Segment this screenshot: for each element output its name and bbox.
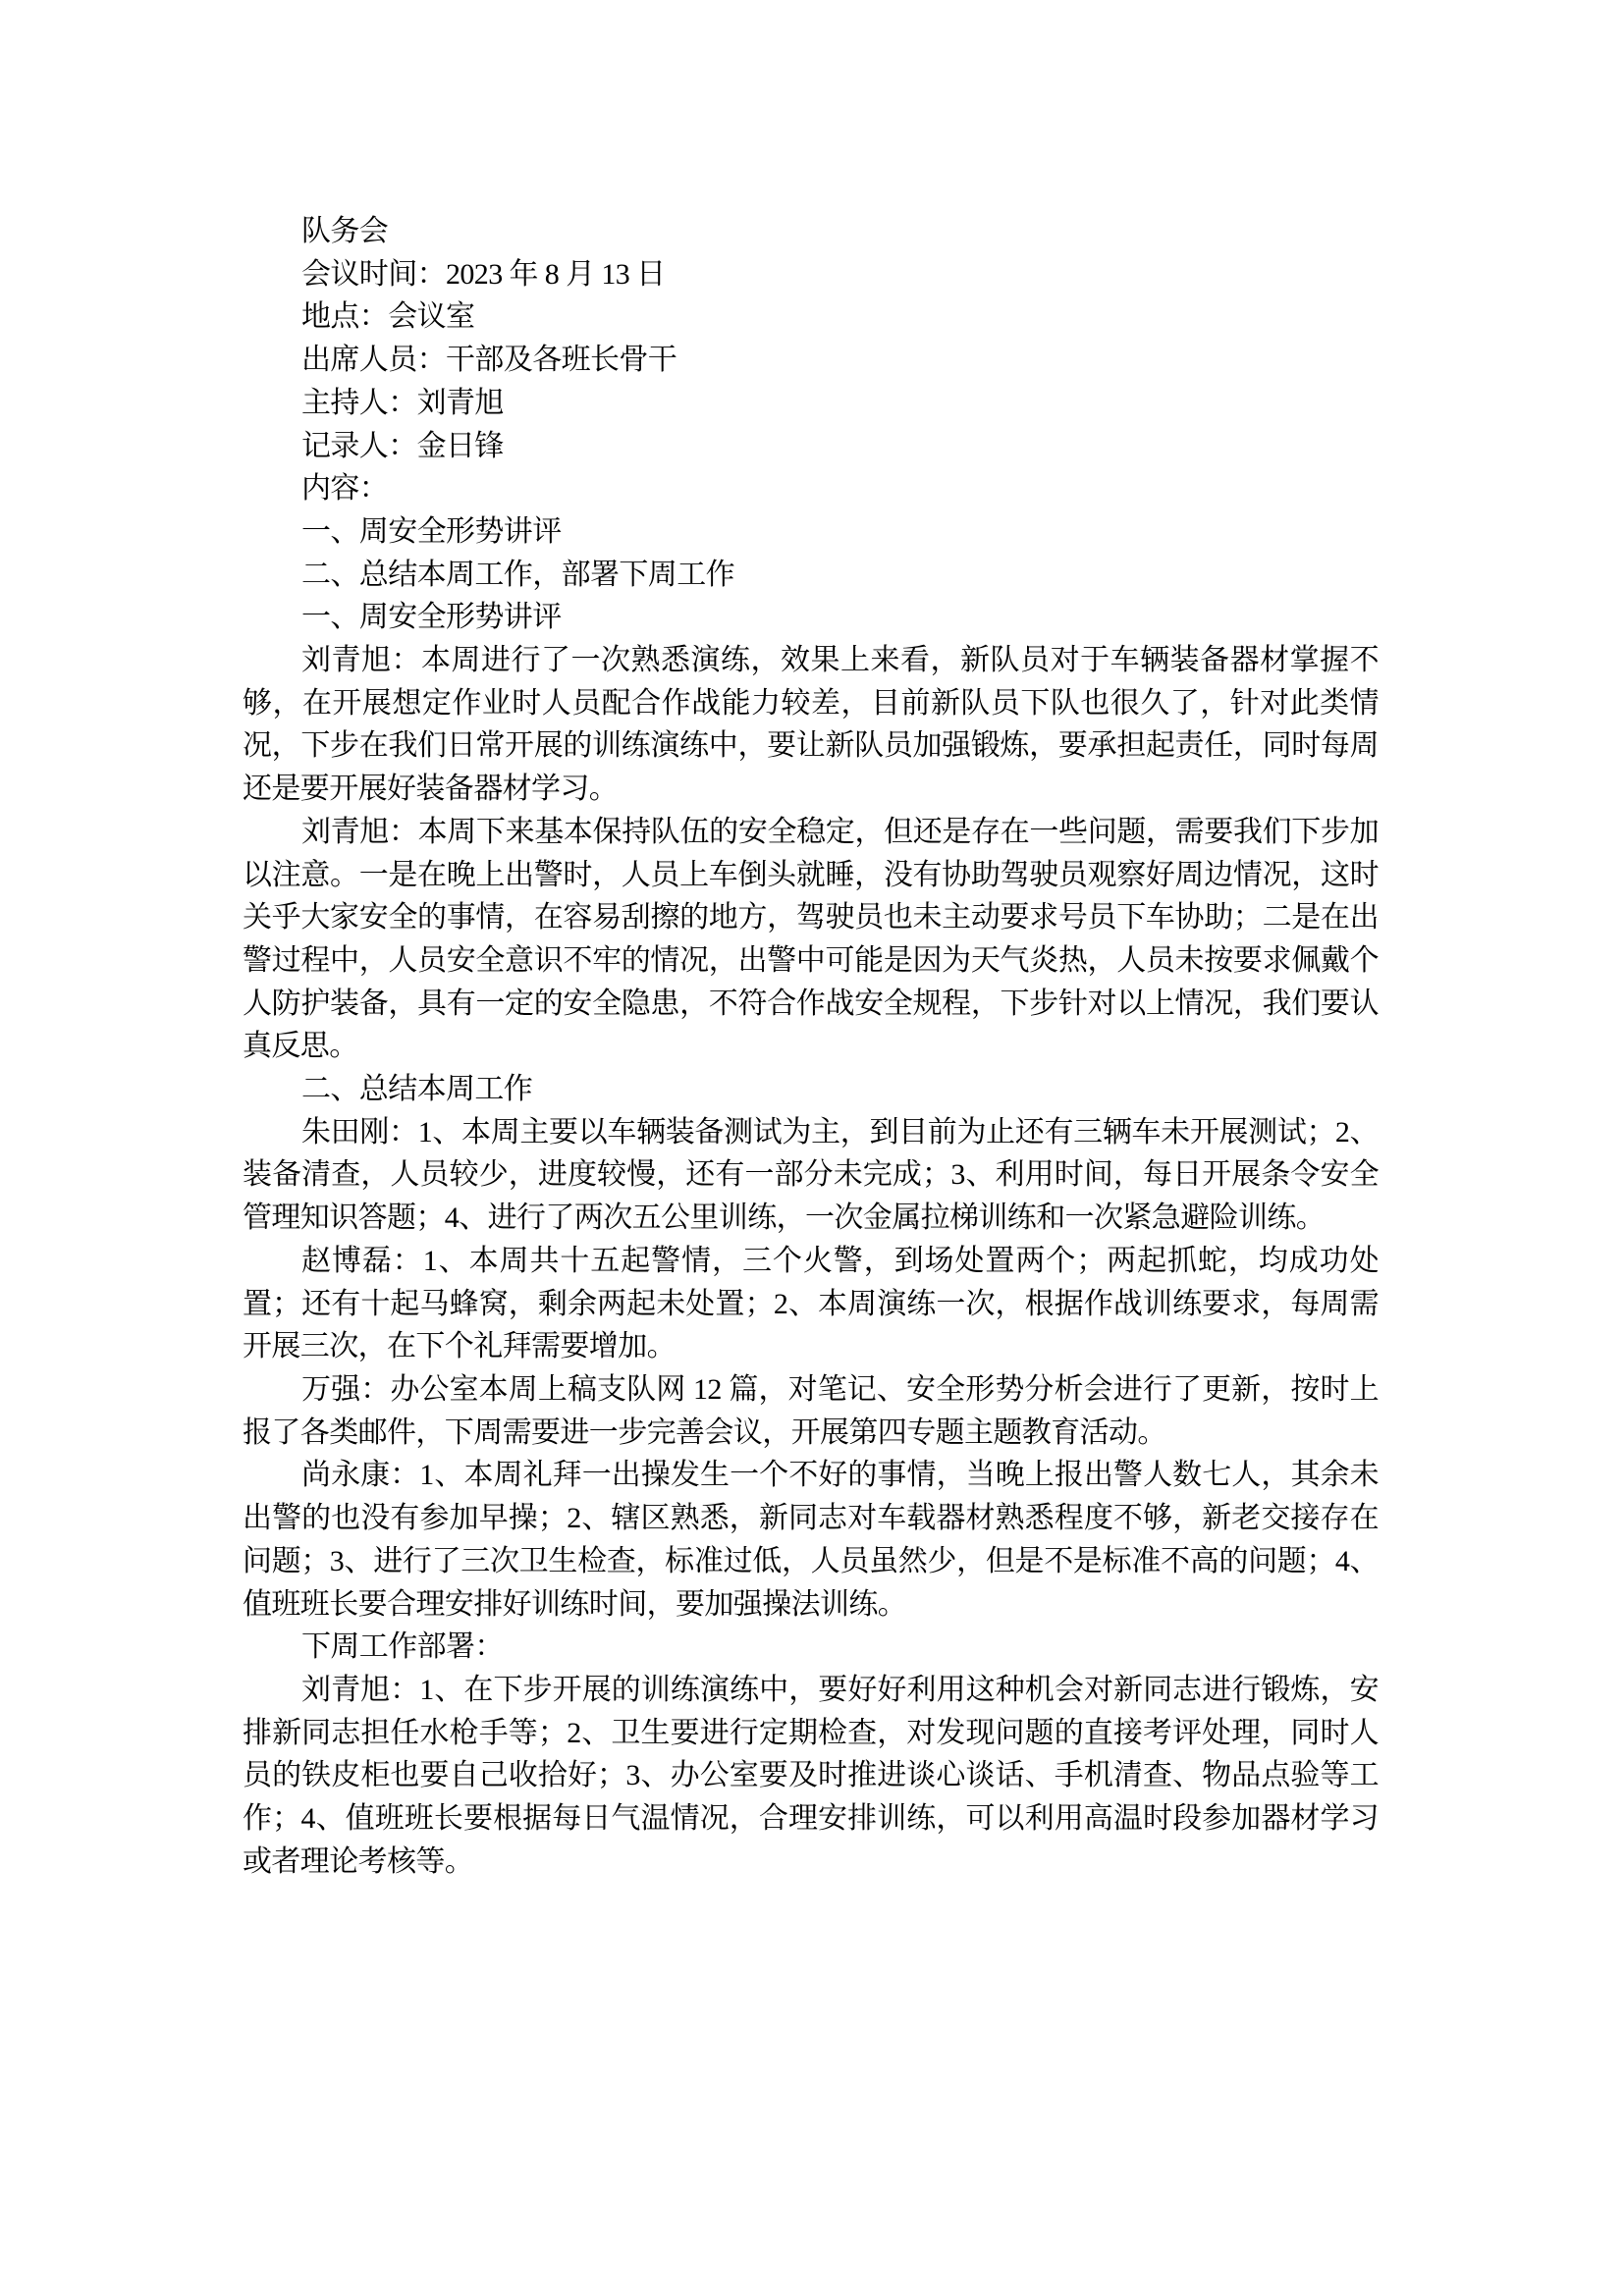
- next-week-heading: 下周工作部署：: [243, 1626, 1379, 1669]
- speech-zhutiangang: 朱田刚：1、本周主要以车辆装备测试为主，到目前为止还有三辆车未开展测试；2、装备…: [243, 1111, 1379, 1240]
- document-page: 队务会 会议时间：2023 年 8 月 13 日 地点：会议室 出席人员：干部及…: [0, 0, 1624, 2296]
- speech-liuqingxu-2: 刘青旭：本周下来基本保持队伍的安全稳定，但还是存在一些问题，需要我们下步加以注意…: [243, 811, 1379, 1068]
- speech-liuqingxu-3: 刘青旭：1、在下步开展的训练演练中，要好好利用这种机会对新同志进行锻炼，安排新同…: [243, 1669, 1379, 1884]
- speech-liuqingxu-1: 刘青旭：本周进行了一次熟悉演练，效果上来看，新队员对于车辆装备器材掌握不够，在开…: [243, 639, 1379, 811]
- doc-title-line: 队务会: [243, 210, 1379, 253]
- section-2-heading: 二、总结本周工作: [243, 1068, 1379, 1111]
- speech-wanqiang: 万强：办公室本周上稿支队网 12 篇，对笔记、安全形势分析会进行了更新，按时上报…: [243, 1368, 1379, 1454]
- section-1-heading: 一、周安全形势讲评: [243, 596, 1379, 639]
- meeting-time-line: 会议时间：2023 年 8 月 13 日: [243, 253, 1379, 296]
- host-line: 主持人：刘青旭: [243, 382, 1379, 425]
- agenda-item-2-line: 二、总结本周工作，部署下周工作: [243, 554, 1379, 597]
- attendees-line: 出席人员：干部及各班长骨干: [243, 339, 1379, 382]
- location-line: 地点：会议室: [243, 295, 1379, 339]
- speech-zhaobolei: 赵博磊：1、本周共十五起警情，三个火警，到场处置两个；两起抓蛇，均成功处置；还有…: [243, 1240, 1379, 1368]
- agenda-item-1-line: 一、周安全形势讲评: [243, 510, 1379, 554]
- recorder-line: 记录人：金日锋: [243, 425, 1379, 468]
- speech-shangyongkang: 尚永康：1、本周礼拜一出操发生一个不好的事情，当晚上报出警人数七人，其余未出警的…: [243, 1454, 1379, 1626]
- content-label-line: 内容：: [243, 467, 1379, 510]
